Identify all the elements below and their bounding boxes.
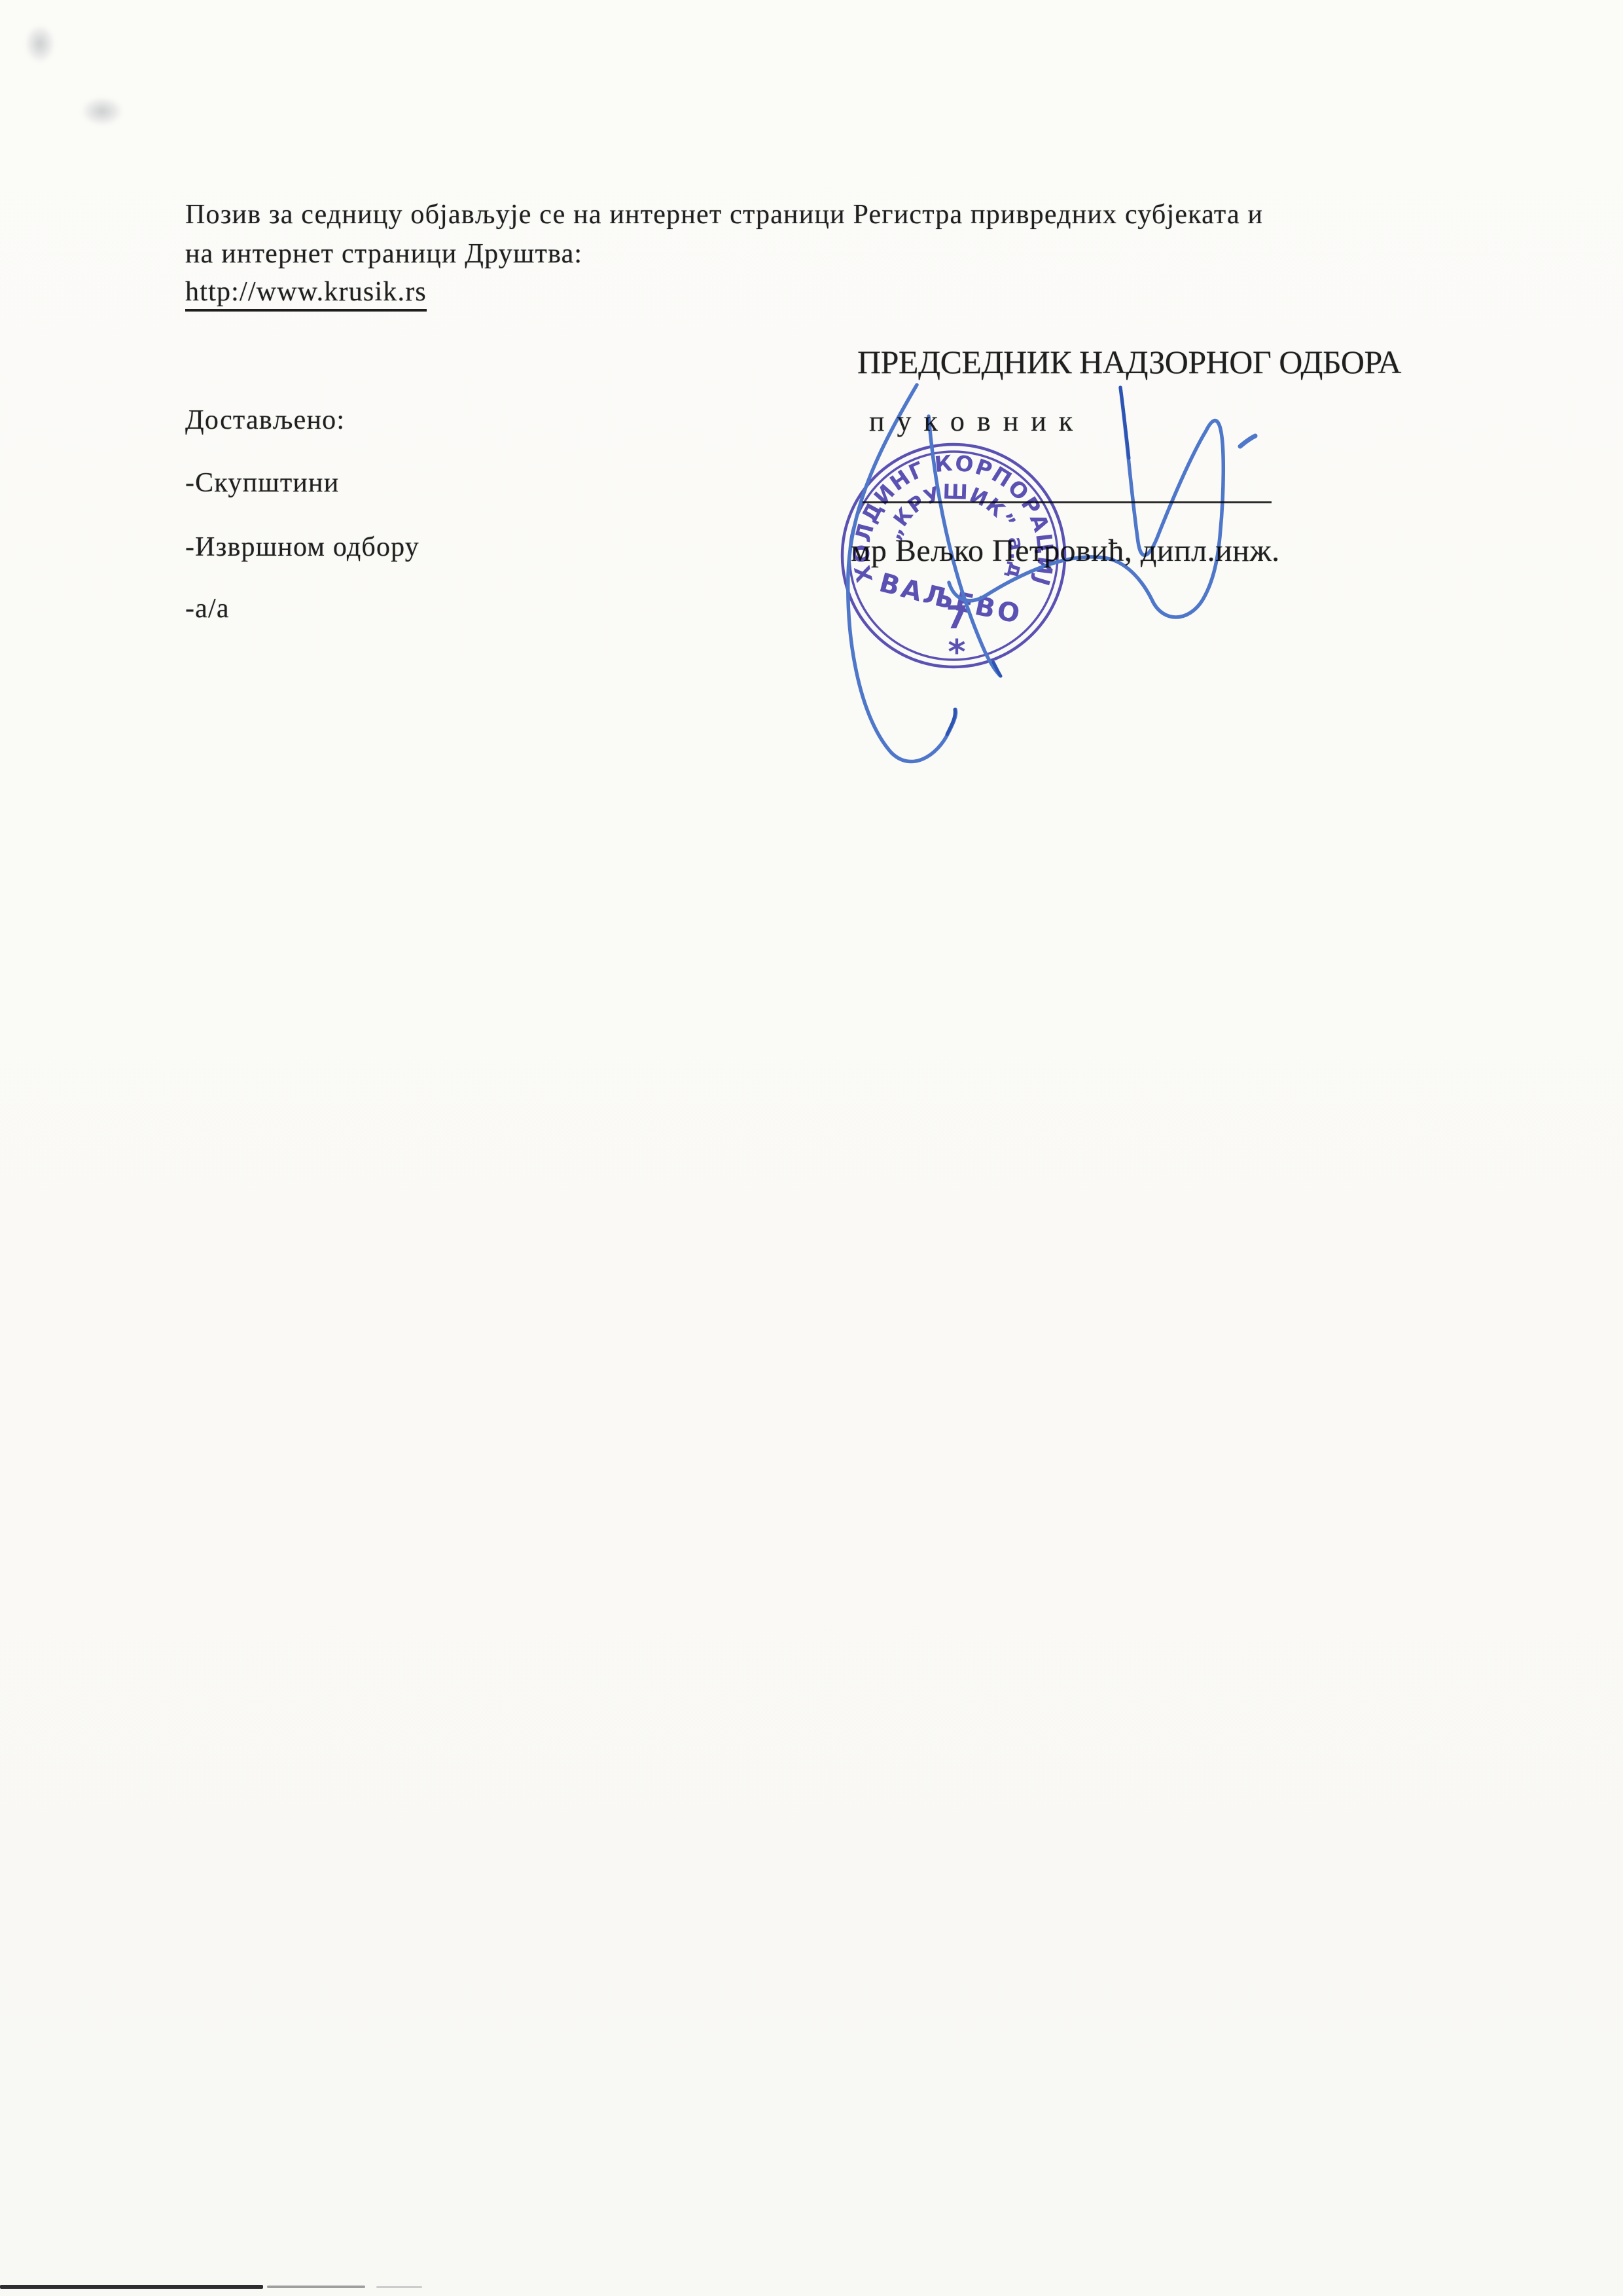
signature-tip [1120,387,1129,458]
stamp-star: * [948,633,965,672]
scan-smudge [81,97,123,126]
delivered-item-assembly: -Скупштини [185,467,339,499]
paragraph-line-1: Позив за седницу објављује се на интерне… [185,199,1263,230]
website-link: http://www.krusik.rs [185,276,427,308]
ink-layer: ХОЛДИНГ КОРПОРАЦИЈА „КРУШИК” а.д. ВАЉЕВО… [811,367,1309,825]
scan-edge-artifact [0,2285,263,2289]
delivered-item-executive-board: -Извршном одбору [185,531,419,563]
stamp-number: 7 [946,600,967,636]
website-link-text: http://www.krusik.rs [185,277,427,312]
signature-dash [1240,436,1255,446]
delivered-item-archive: -а/а [185,593,230,624]
scan-edge-artifact [376,2286,422,2288]
scan-edge-artifact [267,2286,365,2288]
scanned-document-page: { "document": { "paragraph": { "line1": … [0,0,1623,2296]
delivered-label: Достављено: [185,404,345,436]
scan-smudge [25,25,55,63]
paragraph-line-2: на интернет страници Друштва: [185,238,582,270]
